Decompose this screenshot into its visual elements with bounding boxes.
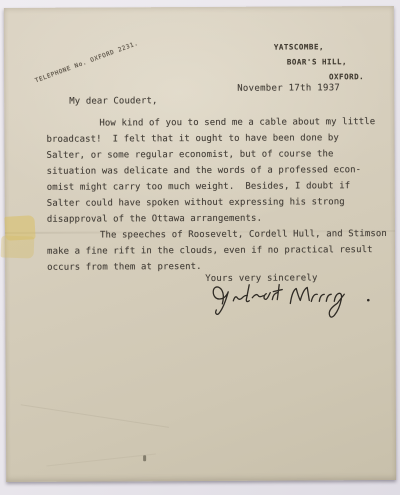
letter-paper: TELEPHONE No. OXFORD 2231. YATSCOMBE, BO… bbox=[4, 6, 396, 482]
letterhead-line-boars-hill: BOAR'S HILL, bbox=[274, 54, 364, 69]
body-line: Salter, or some regular economist, but o… bbox=[46, 146, 376, 164]
date-line: November 17th 1937 bbox=[237, 83, 340, 94]
letterhead-line-yatscombe: YATSCOMBE, bbox=[274, 39, 364, 54]
telephone-stamp: TELEPHONE No. OXFORD 2231. bbox=[34, 40, 139, 85]
salutation: My dear Coudert, bbox=[69, 96, 157, 106]
paper-crease bbox=[21, 404, 169, 428]
letterhead: YATSCOMBE, BOAR'S HILL, OXFORD. bbox=[274, 39, 364, 84]
body-line: make a fine rift in the clouds, even if … bbox=[47, 242, 377, 260]
body-line: The speeches of Roosevelt, Cordell Hull,… bbox=[47, 226, 377, 244]
tape-residue bbox=[1, 216, 37, 258]
body-line: omist might carry too much weight. Besid… bbox=[47, 178, 377, 196]
page-mark bbox=[143, 455, 146, 461]
signature-name: Gilbert Murray. bbox=[4, 8, 5, 9]
signature-handwriting bbox=[208, 277, 376, 326]
body-line: disapproval of the Ottawa arrangements. bbox=[47, 210, 377, 228]
body-line: situation was delicate and the words of … bbox=[47, 162, 377, 180]
letter-photo: TELEPHONE No. OXFORD 2231. YATSCOMBE, BO… bbox=[0, 0, 400, 495]
paper-crease bbox=[46, 453, 155, 466]
letter-body: How kind of you to send me a cable about… bbox=[46, 114, 377, 276]
letterhead-line-oxford: OXFORD. bbox=[274, 69, 364, 84]
body-line: broadcast! I felt that it ought to have … bbox=[46, 130, 376, 148]
body-line: How kind of you to send me a cable about… bbox=[46, 114, 376, 132]
body-line: Salter could have spoken without express… bbox=[47, 194, 377, 212]
